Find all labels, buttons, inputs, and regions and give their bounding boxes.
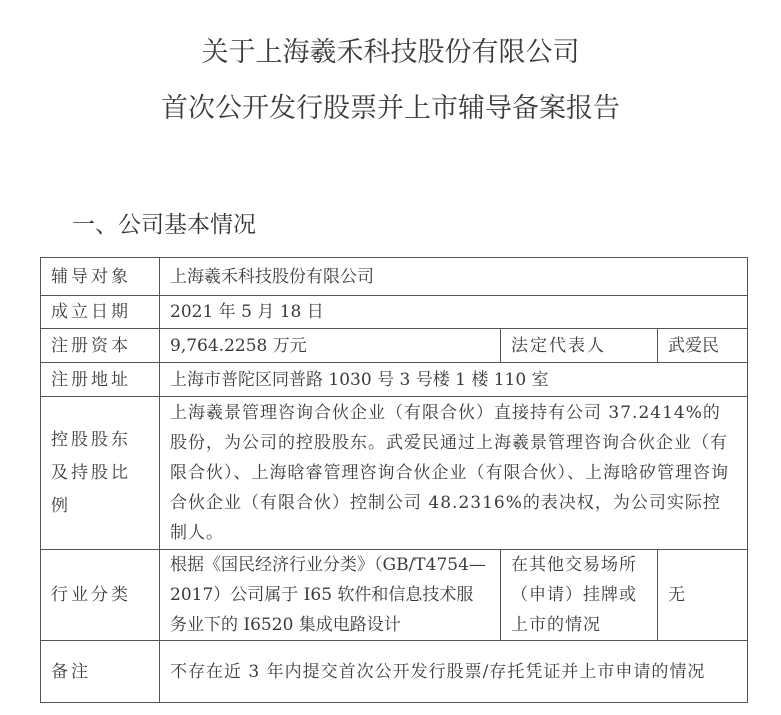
row-label-secondary: 在其他交易场所（申请）挂牌或上市的情况 xyxy=(501,550,658,641)
row-value: 9,764.2258 万元 xyxy=(160,329,501,363)
row-value: 上海羲禾科技股份有限公司 xyxy=(160,258,748,296)
row-value: 根据《国民经济行业分类》（GB/T4754—2017）公司属于 I65 软件和信… xyxy=(160,550,501,641)
table-row-tutoring-target: 辅导对象 上海羲禾科技股份有限公司 xyxy=(41,258,748,296)
row-value: 上海羲景管理咨询合伙企业（有限合伙）直接持有公司 37.2414%的股份，为公司… xyxy=(160,397,748,550)
row-label: 控股股东及持股比例 xyxy=(41,397,160,550)
row-value: 上海市普陀区同普路 1030 号 3 号楼 1 楼 110 室 xyxy=(160,363,748,397)
table-row-established-date: 成立日期 2021 年 5 月 18 日 xyxy=(41,296,748,329)
row-label-secondary: 法定代表人 xyxy=(501,329,658,363)
section-heading: 一、公司基本情况 xyxy=(72,206,256,239)
row-label: 成立日期 xyxy=(41,296,160,329)
row-label: 注册资本 xyxy=(41,329,160,363)
row-value-secondary: 无 xyxy=(658,550,748,641)
table-row-registered-address: 注册地址 上海市普陀区同普路 1030 号 3 号楼 1 楼 110 室 xyxy=(41,363,748,397)
table-row-controlling-shareholder: 控股股东及持股比例 上海羲景管理咨询合伙企业（有限合伙）直接持有公司 37.24… xyxy=(41,397,748,550)
document-title-line2: 首次公开发行股票并上市辅导备案报告 xyxy=(0,86,781,125)
row-value-secondary: 武爱民 xyxy=(658,329,748,363)
company-info-table: 辅导对象 上海羲禾科技股份有限公司 成立日期 2021 年 5 月 18 日 注… xyxy=(40,257,748,703)
document-title-line1: 关于上海羲禾科技股份有限公司 xyxy=(0,30,781,69)
row-value: 2021 年 5 月 18 日 xyxy=(160,296,748,329)
row-label: 注册地址 xyxy=(41,363,160,397)
row-value: 不存在近 3 年内提交首次公开发行股票/存托凭证并上市申请的情况 xyxy=(160,641,748,703)
table-row-remarks: 备注 不存在近 3 年内提交首次公开发行股票/存托凭证并上市申请的情况 xyxy=(41,641,748,703)
row-label: 备注 xyxy=(41,641,160,703)
table-row-industry-classification: 行业分类 根据《国民经济行业分类》（GB/T4754—2017）公司属于 I65… xyxy=(41,550,748,641)
row-label: 行业分类 xyxy=(41,550,160,641)
row-label: 辅导对象 xyxy=(41,258,160,296)
table-row-registered-capital: 注册资本 9,764.2258 万元 法定代表人 武爱民 xyxy=(41,329,748,363)
